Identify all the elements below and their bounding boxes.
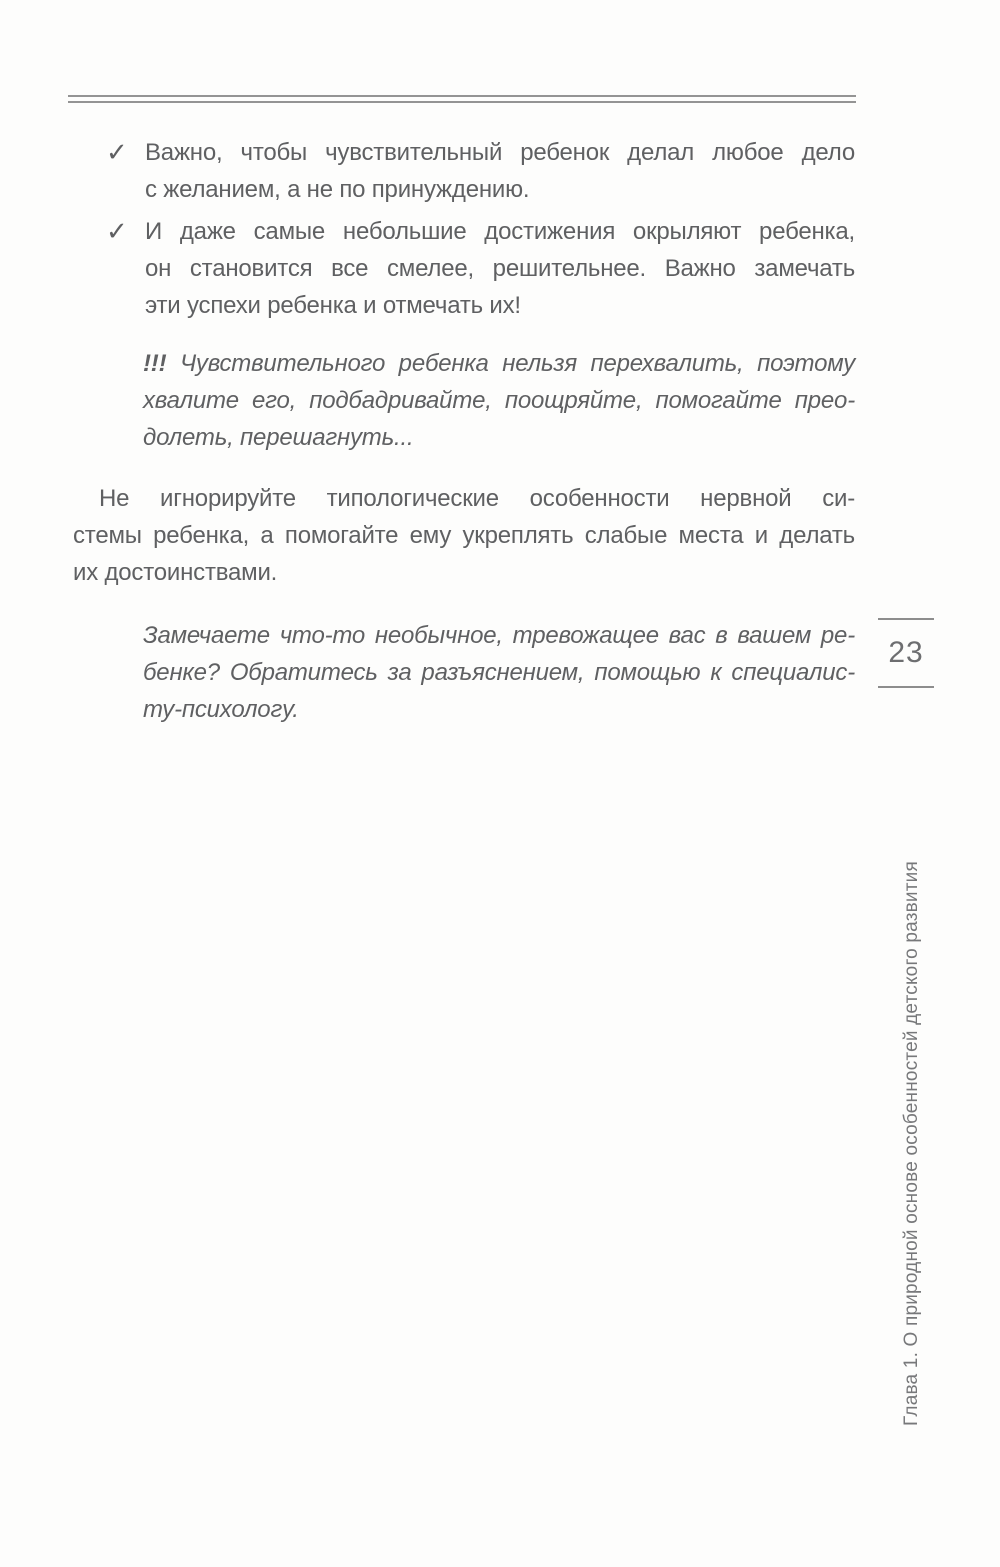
text-line: бенке? Обратитесь за разъяснением, помощ… bbox=[143, 654, 855, 691]
text-line: долеть, перешагнуть... bbox=[143, 419, 855, 456]
text-line: Важно, чтобы чувствительный ребенок дела… bbox=[145, 134, 855, 171]
text-line: с желанием, а не по принуждению. bbox=[145, 171, 855, 208]
text-line: !!! Чувствительного ребенка нельзя перех… bbox=[143, 345, 855, 382]
book-page: ✓ Важно, чтобы чувствительный ребенок де… bbox=[0, 0, 1000, 1567]
checkmark-icon: ✓ bbox=[106, 134, 128, 171]
text-line: Замечаете что-то необычное, тревожащее в… bbox=[143, 617, 855, 654]
bullet-text: И даже самые небольшие достижения окрыля… bbox=[145, 213, 855, 324]
list-item: ✓ Важно, чтобы чувствительный ребенок де… bbox=[73, 134, 855, 208]
page-content: ✓ Важно, чтобы чувствительный ребенок де… bbox=[73, 134, 855, 728]
text-line: эти успехи ребенка и отмечать их! bbox=[145, 287, 855, 324]
text-line: ту-психологу. bbox=[143, 691, 855, 728]
page-number-block: 23 bbox=[878, 618, 934, 688]
text-line: И даже самые небольшие достижения окрыля… bbox=[145, 213, 855, 250]
exclamation-prefix: !!! bbox=[143, 350, 166, 377]
note-text: хвалите его, подбадривайте, поощряйте, п… bbox=[143, 382, 855, 456]
checklist: ✓ Важно, чтобы чувствительный ребенок де… bbox=[73, 134, 855, 324]
emphasis-note: !!! Чувствительного ребенка нельзя перех… bbox=[143, 345, 855, 456]
text-line: стемы ребенка, а помогайте ему укреплять… bbox=[73, 517, 855, 554]
list-item: ✓ И даже самые небольшие достижения окры… bbox=[73, 213, 855, 324]
text-line: хвалите его, подбадривайте, поощряйте, п… bbox=[143, 382, 855, 419]
header-double-rule bbox=[68, 95, 856, 103]
bullet-text: Важно, чтобы чувствительный ребенок дела… bbox=[145, 134, 855, 208]
page-number: 23 bbox=[888, 636, 923, 670]
checkmark-icon: ✓ bbox=[106, 213, 128, 250]
advice-note: Замечаете что-то необычное, тревожащее в… bbox=[143, 617, 855, 728]
text-line: их достоинствами. bbox=[73, 554, 855, 591]
note-first-line: Чувствительного ребенка нельзя перехвали… bbox=[180, 350, 855, 377]
chapter-running-title: Глава 1. О природной основе особенностей… bbox=[900, 861, 924, 1426]
body-paragraph: Не игнорируйте типологические особенност… bbox=[73, 480, 855, 591]
text-line: он становится все смелее, решительнее. В… bbox=[145, 250, 855, 287]
text-line: Не игнорируйте типологические особенност… bbox=[73, 480, 855, 517]
